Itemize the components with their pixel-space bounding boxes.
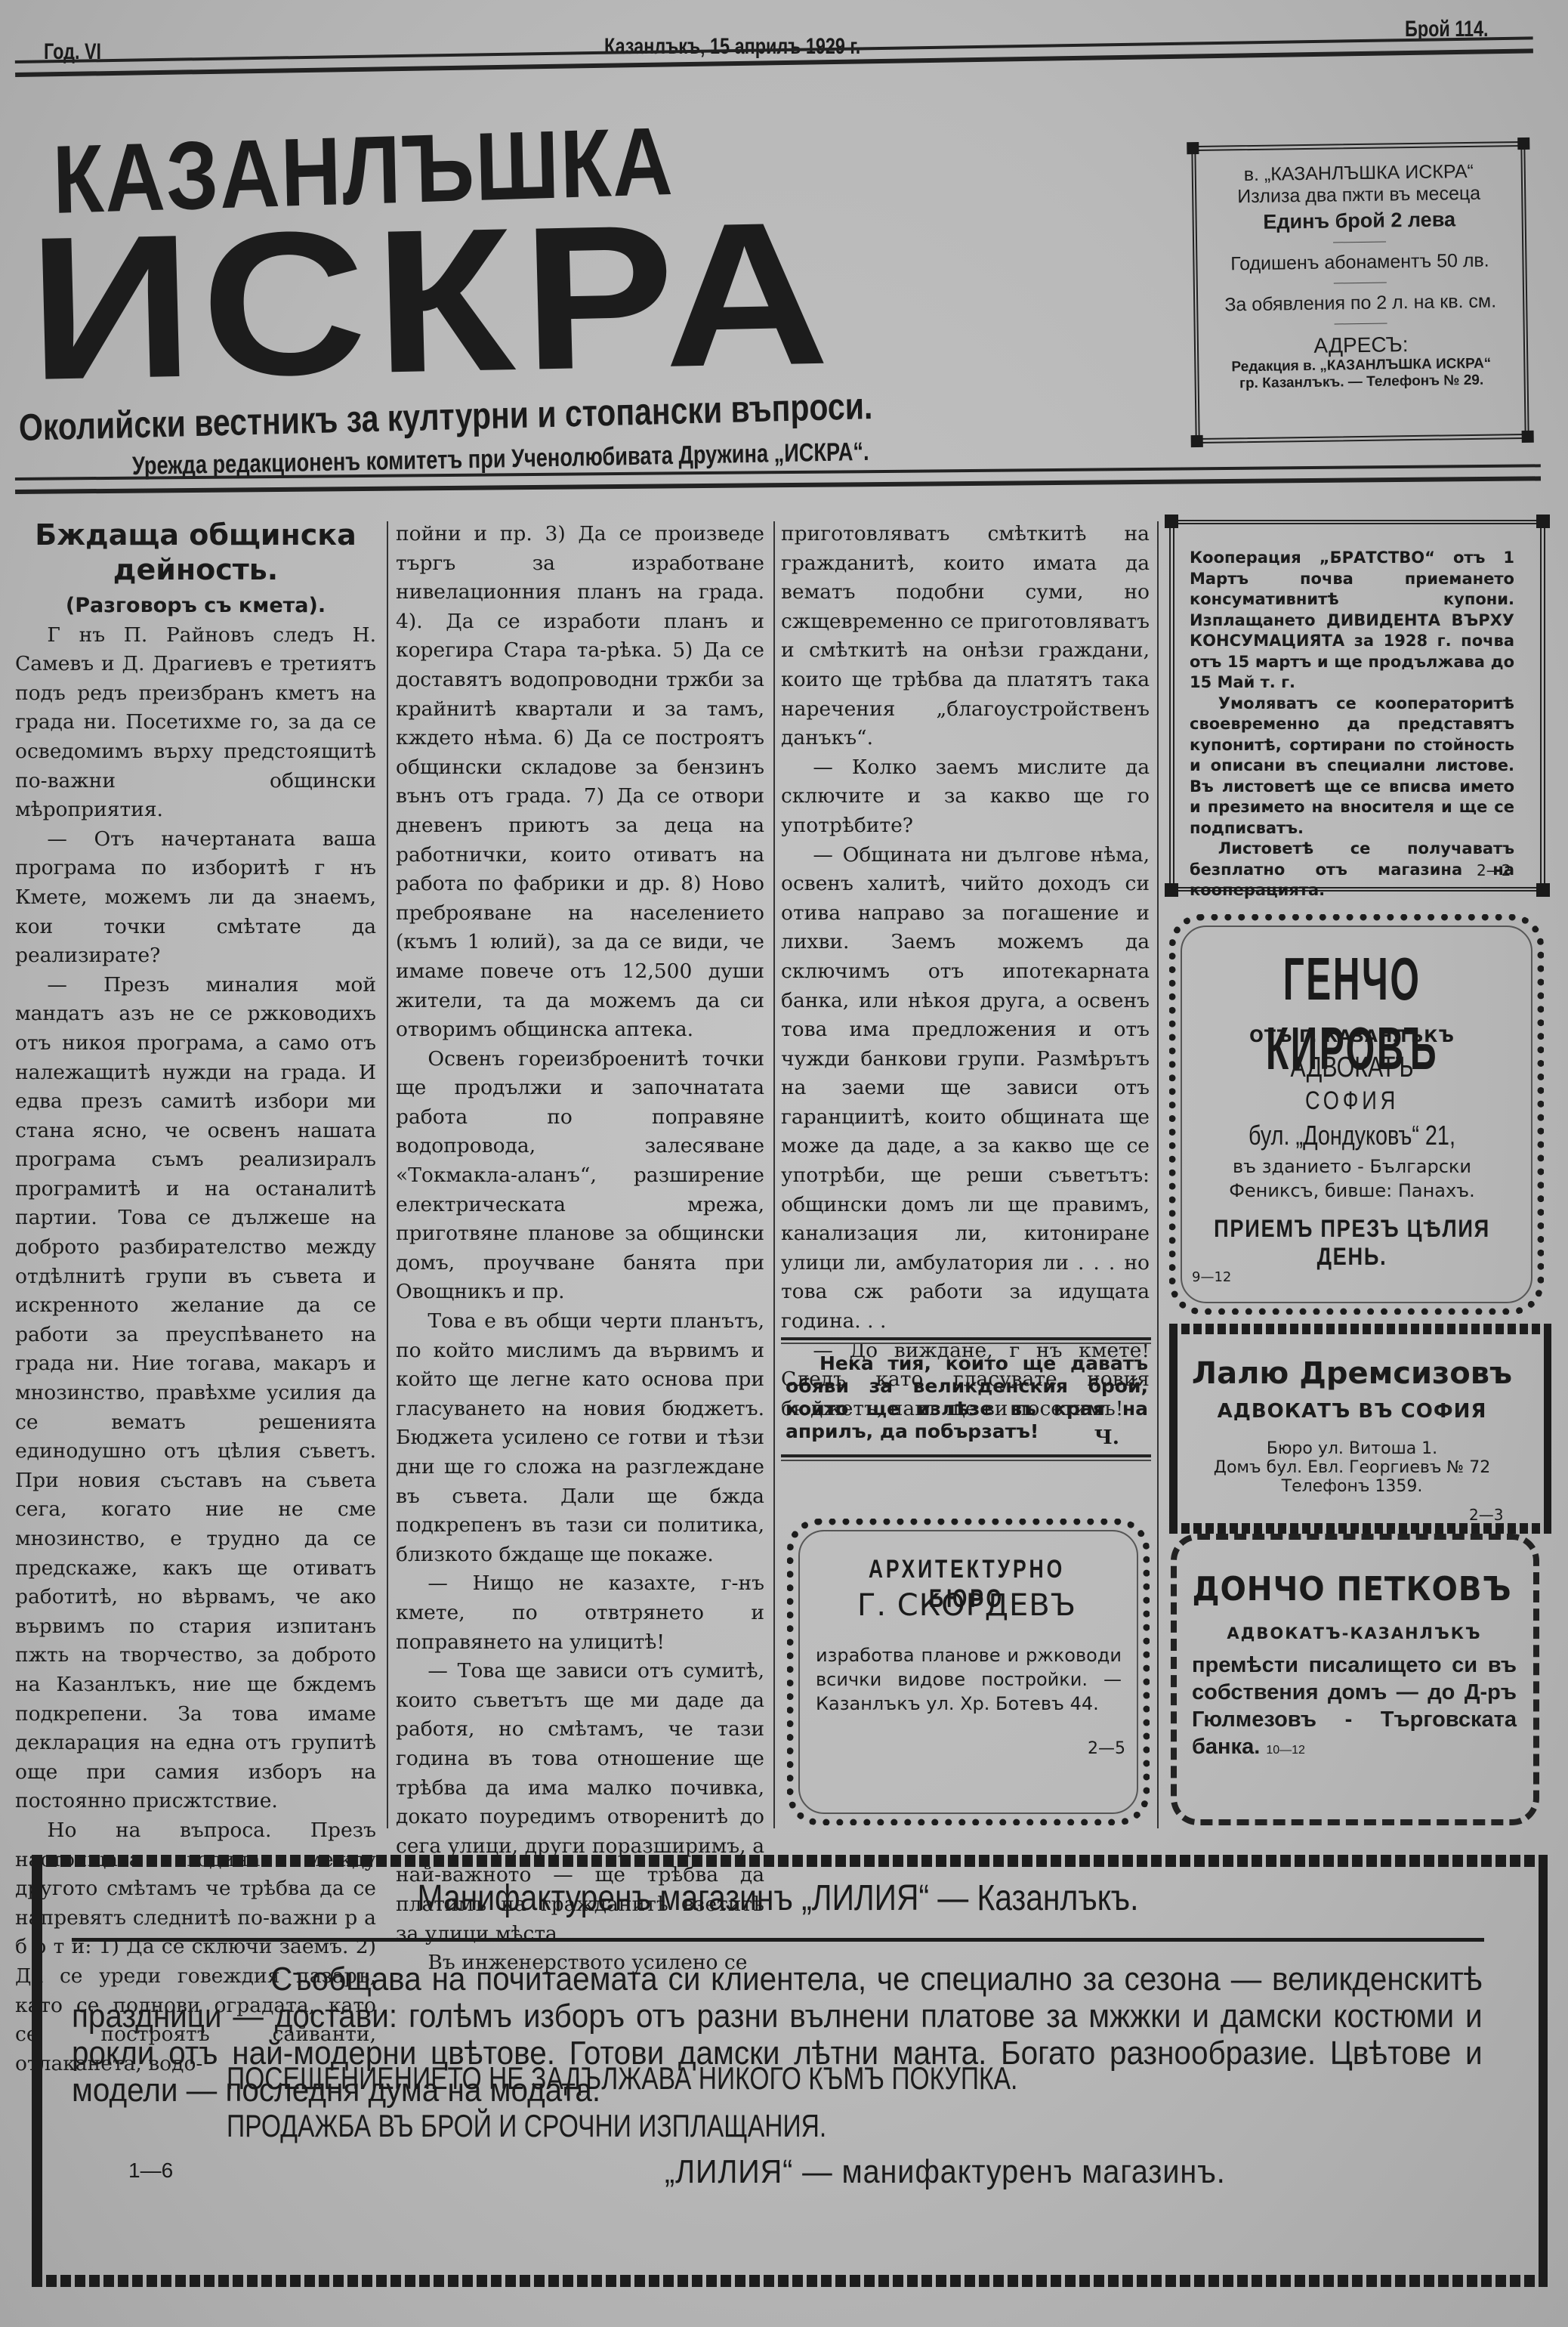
column-divider (387, 521, 388, 1828)
architect-ad-text: изработва планове и ржководи всички видо… (816, 1643, 1122, 1716)
infobox-address-line2: гр. Казанлъкъ. — Телефонъ № 29. (1199, 372, 1524, 393)
corner-ornament (1187, 142, 1199, 154)
infobox-price: Единъ брой 2 лева (1196, 207, 1521, 235)
article-paragraph: Това е въ общи черти планътъ, по който м… (396, 1307, 764, 1569)
easter-issue-notice: Нека тия, които ще даватъ обяви за велик… (786, 1352, 1148, 1443)
architect-ad-run-number: 2—5 (1088, 1739, 1125, 1758)
notice-top-rule (781, 1337, 1151, 1344)
kirov-ad-building-2: Фениксъ, бивше: Панахъ. (1178, 1180, 1526, 1201)
infobox-divider (1333, 242, 1386, 243)
dremsizov-ad-office: Бюро ул. Витоша 1. (1178, 1439, 1526, 1458)
article-paragraph: — Колко заемъ мислите да сключите и за к… (781, 753, 1150, 841)
dremsizov-ad-profession: АДВОКАТЪ ВЪ СОФИЯ (1178, 1400, 1526, 1423)
subscription-infobox: в. „КАЗАНЛЪШКА ИСКРА“ Излиза два пжти въ… (1191, 141, 1529, 443)
notice-bottom-rule (781, 1454, 1151, 1461)
article-paragraph: — Общината ни дългове нѣма, освенъ халит… (781, 841, 1150, 1337)
kirov-ad-city: СОФИЯ (1213, 1086, 1491, 1116)
architect-ad-name: Г. СКОРДЕВЪ (808, 1588, 1125, 1623)
article-paragraph: пойни и пр. 3) Да се произведе търгъ за … (396, 520, 764, 1045)
infobox-divider (1334, 283, 1387, 284)
kirov-ad-origin: ОТЪ Г. КАЗАНЛЪКЪ (1178, 1028, 1526, 1046)
liliya-ad-signature: „ЛИЛИЯ“ — манифактуренъ магазинъ. (665, 2153, 1226, 2191)
dremsizov-ad-home: Домъ бул. Евл. Георгиевъ № 72 (1178, 1458, 1526, 1477)
petkov-ad-message: премѣсти писалището си въ собствения дом… (1192, 1653, 1517, 1759)
article-title: Бждаща общинска дейность. (15, 518, 376, 587)
dremsizov-ad-name: Лалю Дремсизовъ (1178, 1356, 1526, 1391)
infobox-frequency: Излиза два пжти въ месеца (1196, 182, 1521, 209)
petkov-ad-name: ДОНЧО ПЕТКОВЪ (1192, 1570, 1511, 1609)
petkov-ad-text: премѣсти писалището си въ собствения дом… (1192, 1652, 1517, 1764)
corner-ornament (1191, 435, 1203, 447)
article-paragraph: — Отъ начертаната ваша програма по избор… (15, 825, 376, 971)
infobox-divider (1335, 323, 1387, 325)
corner-ornament (1536, 515, 1550, 528)
kirov-ad-street: бул. „Дондуковъ“ 21, (1213, 1120, 1491, 1151)
corner-ornament (1165, 883, 1178, 897)
petkov-ad-run-number: 10—12 (1266, 1744, 1305, 1757)
dremsizov-ad-border (1169, 1324, 1551, 1534)
kirov-ad-hours: ПРИЕМЪ ПРЕЗЪ ЦѢЛИЯ ДЕНЬ. (1205, 1215, 1500, 1271)
liliya-ad-caps-line1: ПОСЕЩЕНИЕНИЕТО НЕ ЗАДЪЛЖАВА НИКОГО КЪМЪ … (227, 2060, 1017, 2097)
corner-ornament (1522, 431, 1534, 443)
liliya-ad-heading: Манифактуренъ магазинъ „ЛИЛИЯ“ — Казанлъ… (177, 1877, 1378, 1919)
bratstvo-ad-run-number: 2—2 (1477, 861, 1511, 879)
article-paragraph: Освенъ гореизброенитѣ точки ще продължи … (396, 1045, 764, 1307)
kirov-ad-profession: АДВОКАТЪ (1213, 1052, 1491, 1084)
newspaper-page: Год. VI Казанлъкъ, 15 априлъ 1929 г. Бро… (0, 0, 1568, 2327)
infobox-subscription: Годишенъ абонаментъ 50 лв. (1197, 249, 1522, 276)
article-subtitle: (Разговоръ съ кмета). (15, 592, 376, 621)
bratstvo-paragraph: Кооперация „БРАТСТВО“ отъ 1 Мартъ почва … (1190, 548, 1514, 694)
column-divider (1157, 521, 1159, 1828)
liliya-ad-run-number: 1—6 (128, 2159, 173, 2183)
article-paragraph: — Нищо не казахте, г-нъ кмете, по отвтря… (396, 1569, 764, 1657)
petkov-ad-profession: АДВОКАТЪ-КАЗАНЛЪКЪ (1192, 1624, 1517, 1642)
article-paragraph: — Презъ миналия мой мандатъ азъ не се рж… (15, 971, 376, 1816)
article-paragraph: приготовляватъ смѣткитѣ на гражданитѣ, к… (781, 520, 1150, 753)
kirov-ad-building: въ зданието - Български (1178, 1156, 1526, 1177)
bratstvo-paragraph: Умоляватъ се кооператоритѣ своевременно … (1190, 694, 1514, 839)
dremsizov-ad-run-number: 2—3 (1469, 1506, 1503, 1524)
corner-ornament (1536, 883, 1550, 897)
article-column-3: приготовляватъ смѣткитѣ на гражданитѣ, к… (781, 520, 1150, 1453)
masthead-title-line2: ИСКРА (26, 191, 839, 412)
liliya-ad-caps-line2: ПРОДАЖБА ВЪ БРОЙ И СРОЧНИ ИЗПЛАЩАНИЯ. (227, 2108, 826, 2144)
column-divider (773, 521, 775, 1828)
bratstvo-paragraph: Листоветѣ се получаватъ безплатно отъ ма… (1190, 839, 1514, 901)
liliya-ad-rule (72, 1938, 1484, 1942)
kirov-ad-run-number: 9—12 (1192, 1269, 1231, 1285)
dremsizov-ad-phone: Телефонъ 1359. (1178, 1477, 1526, 1496)
corner-ornament (1517, 138, 1529, 150)
article-column-1: Бждаща общинска дейность. (Разговоръ съ … (15, 518, 376, 2078)
corner-ornament (1165, 515, 1178, 528)
article-column-2: пойни и пр. 3) Да се произведе търгъ за … (396, 520, 764, 1978)
article-paragraph: Г нъ П. Райновъ следъ Н. Самевъ и Д. Дра… (15, 621, 376, 825)
bratstvo-ad-text: Кооперация „БРАТСТВО“ отъ 1 Мартъ почва … (1190, 548, 1514, 901)
infobox-ads-rate: За обявления по 2 л. на кв. см. (1198, 290, 1523, 317)
